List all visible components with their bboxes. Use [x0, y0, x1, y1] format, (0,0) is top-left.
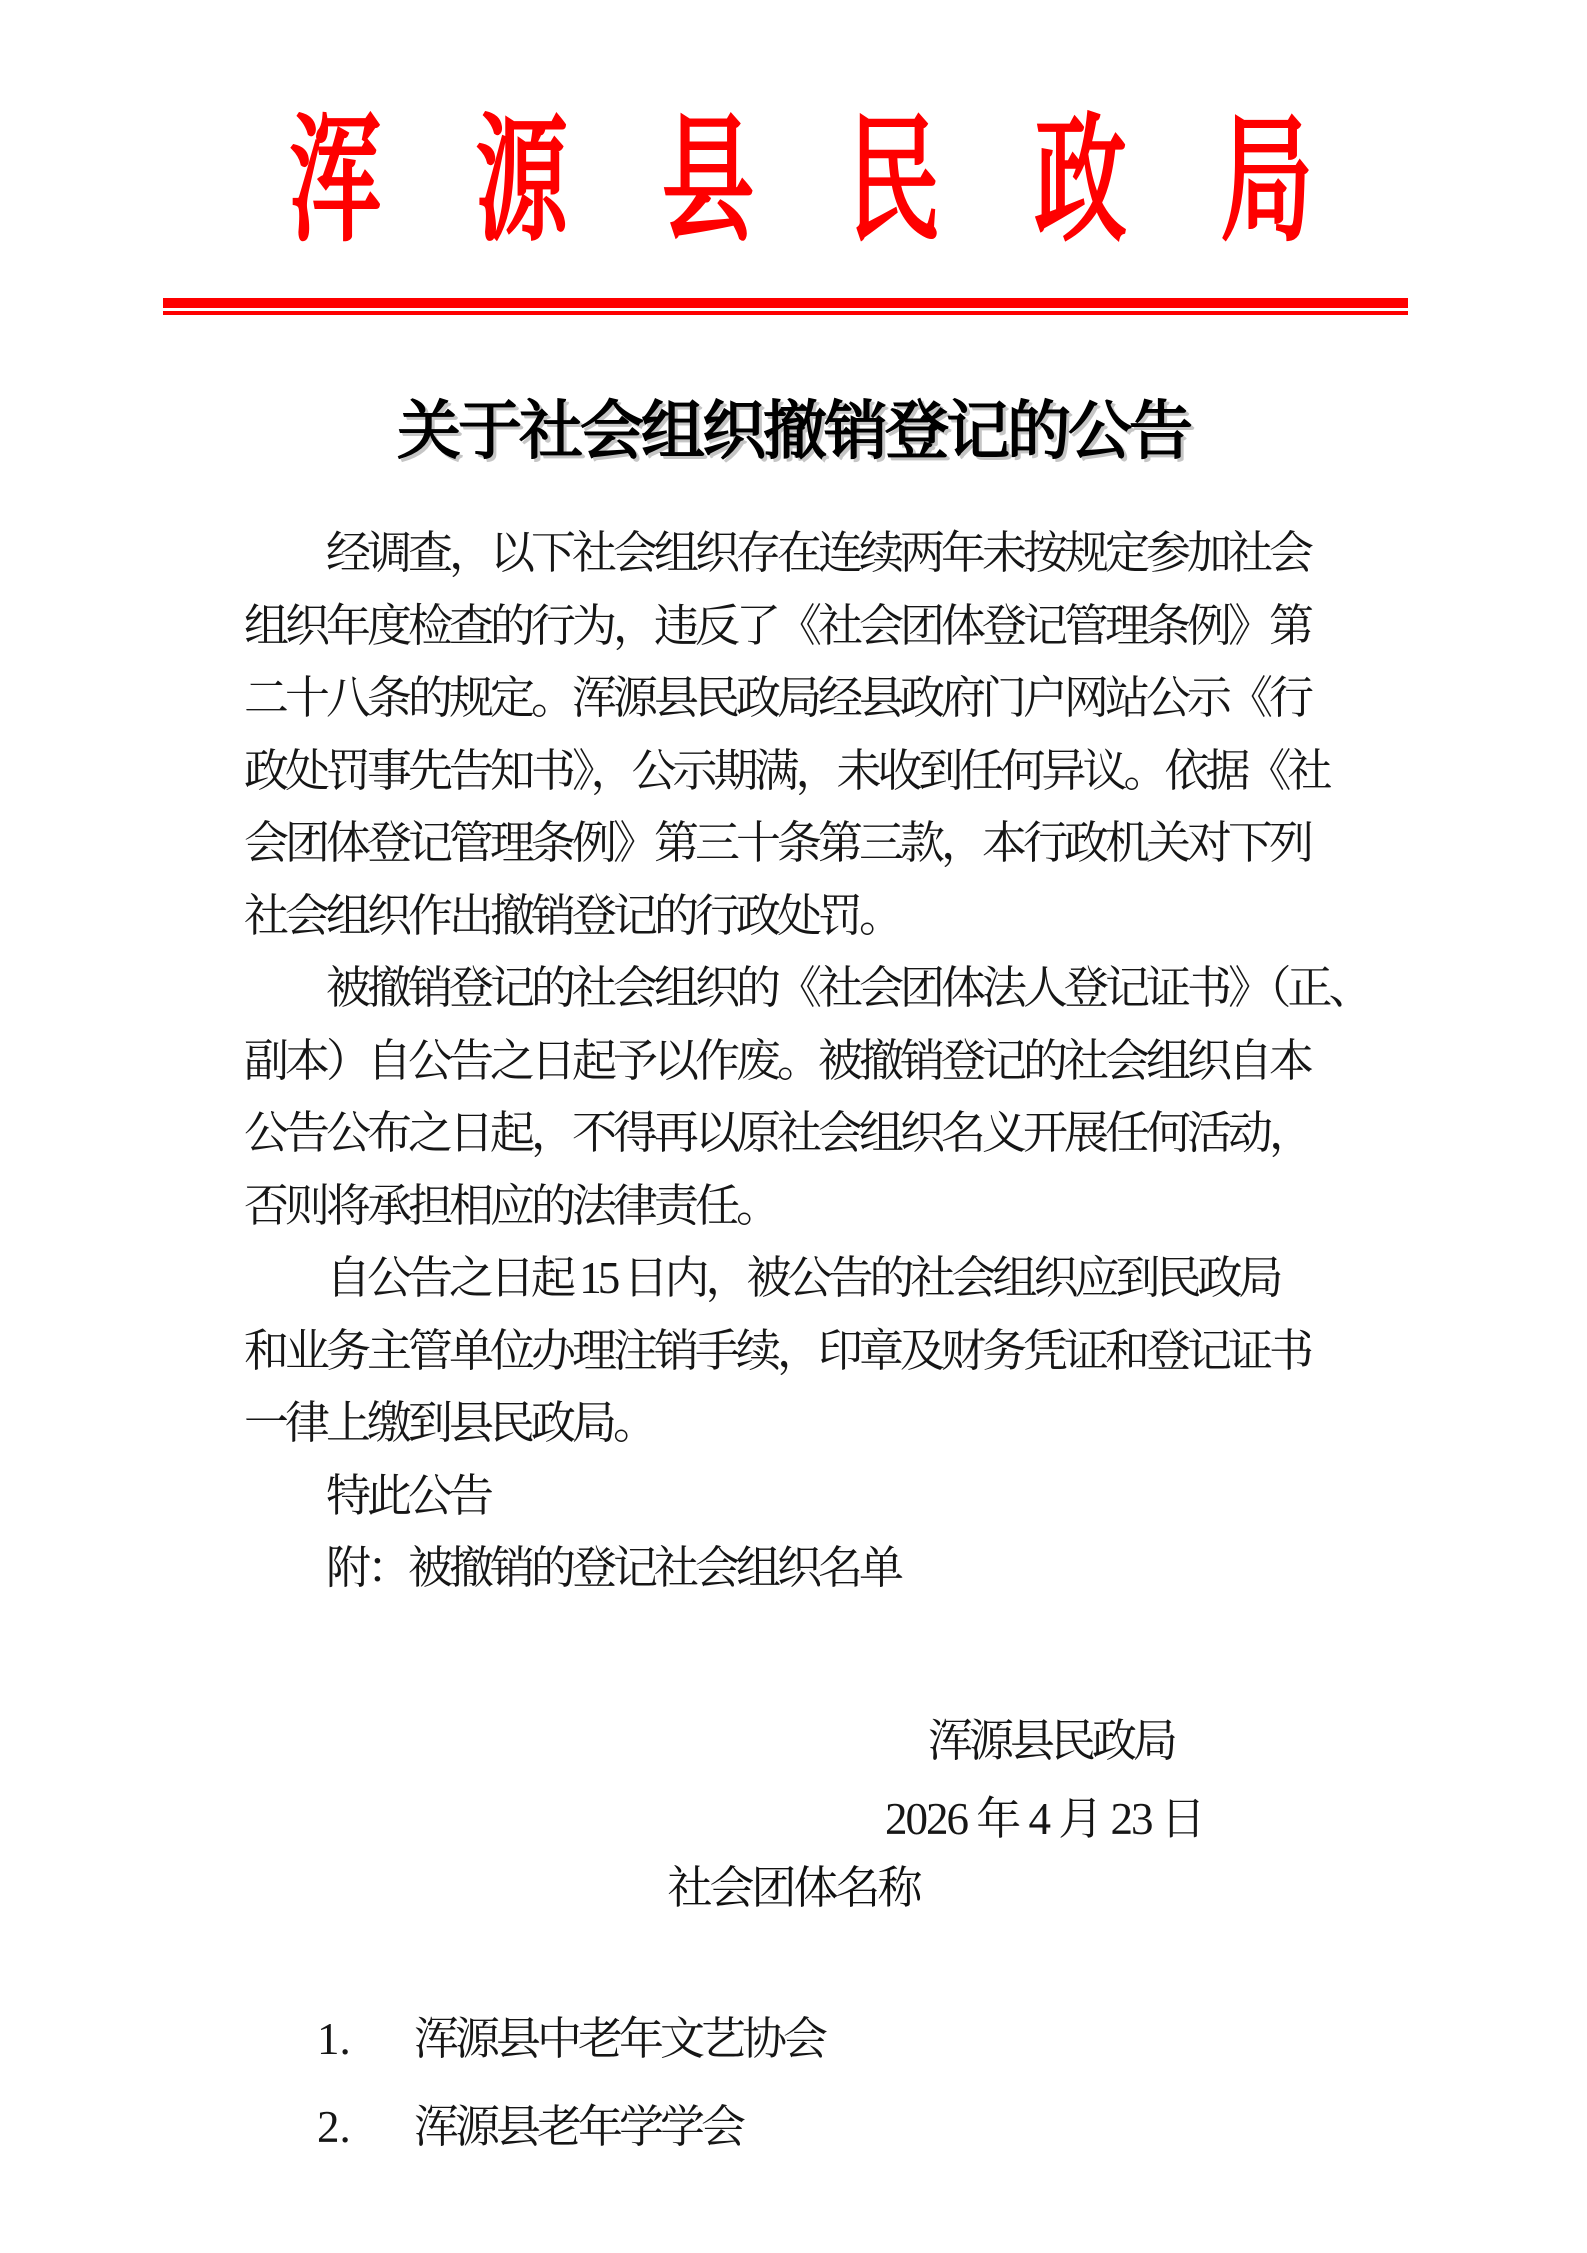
- body-line: 政处罚事先告知书》，公示期满，未收到任何异议。依据《社: [244, 735, 1344, 808]
- body-line: 和业务主管单位办理注销手续，印章及财务凭证和登记证书: [244, 1315, 1344, 1388]
- body-line: 副本）自公告之日起予以作废。被撤销登记的社会组织自本: [244, 1025, 1344, 1098]
- body-line: 组织年度检查的行为，违反了《社会团体登记管理条例》第: [244, 590, 1344, 663]
- notice-date: 2026 年 4 月 23 日: [885, 1797, 1204, 1842]
- org-name: 浑源县中老年文艺协会: [414, 2014, 824, 2064]
- org-name: 浑源县老年学学会: [414, 2102, 742, 2152]
- org-list-item: 2.浑源县老年学学会: [317, 2101, 1217, 2189]
- letterhead-rule-thick: [163, 298, 1408, 308]
- document-page: 浑源县民政局 关于社会组织撤销登记的公告 经调查，以下社会组织存在连续两年未按规…: [0, 0, 1587, 2253]
- notice-title: 关于社会组织撤销登记的公告: [0, 393, 1587, 470]
- body-line: 自公告之日起 15 日内，被公告的社会组织应到民政局: [244, 1242, 1344, 1315]
- notice-body: 经调查，以下社会组织存在连续两年未按规定参加社会 组织年度检查的行为，违反了《社…: [244, 517, 1344, 1605]
- org-number: 1.: [317, 2013, 414, 2065]
- body-line: 会团体登记管理条例》第三十条第三款，本行政机关对下列: [244, 807, 1344, 880]
- body-line: 特此公告: [244, 1460, 1344, 1533]
- body-line: 附：被撤销的登记社会组织名单: [244, 1532, 1344, 1605]
- org-list-item: 1.浑源县中老年文艺协会: [317, 2013, 1217, 2101]
- org-number: 2.: [317, 2101, 414, 2153]
- body-line: 社会组织作出撤销登记的行政处罚。: [244, 880, 1344, 953]
- body-line: 经调查，以下社会组织存在连续两年未按规定参加社会: [244, 517, 1344, 590]
- body-line: 被撤销登记的社会组织的《社会团体法人登记证书》（正、: [244, 952, 1344, 1025]
- body-line: 一律上缴到县民政局。: [244, 1387, 1344, 1460]
- body-line: 公告公布之日起，不得再以原社会组织名义开展任何活动，: [244, 1097, 1344, 1170]
- attachment-heading: 社会团体名称: [0, 1866, 1587, 1911]
- agency-name: 浑源县民政局: [290, 106, 1408, 258]
- body-line: 二十八条的规定。浑源县民政局经县政府门户网站公示《行: [244, 662, 1344, 735]
- letterhead-rule-thin: [163, 311, 1408, 315]
- body-line: 否则将承担相应的法律责任。: [244, 1170, 1344, 1243]
- letterhead: 浑源县民政局: [0, 106, 1557, 258]
- organization-list: 1.浑源县中老年文艺协会 2.浑源县老年学学会: [317, 2013, 1217, 2189]
- signature-agency: 浑源县民政局: [928, 1719, 1174, 1764]
